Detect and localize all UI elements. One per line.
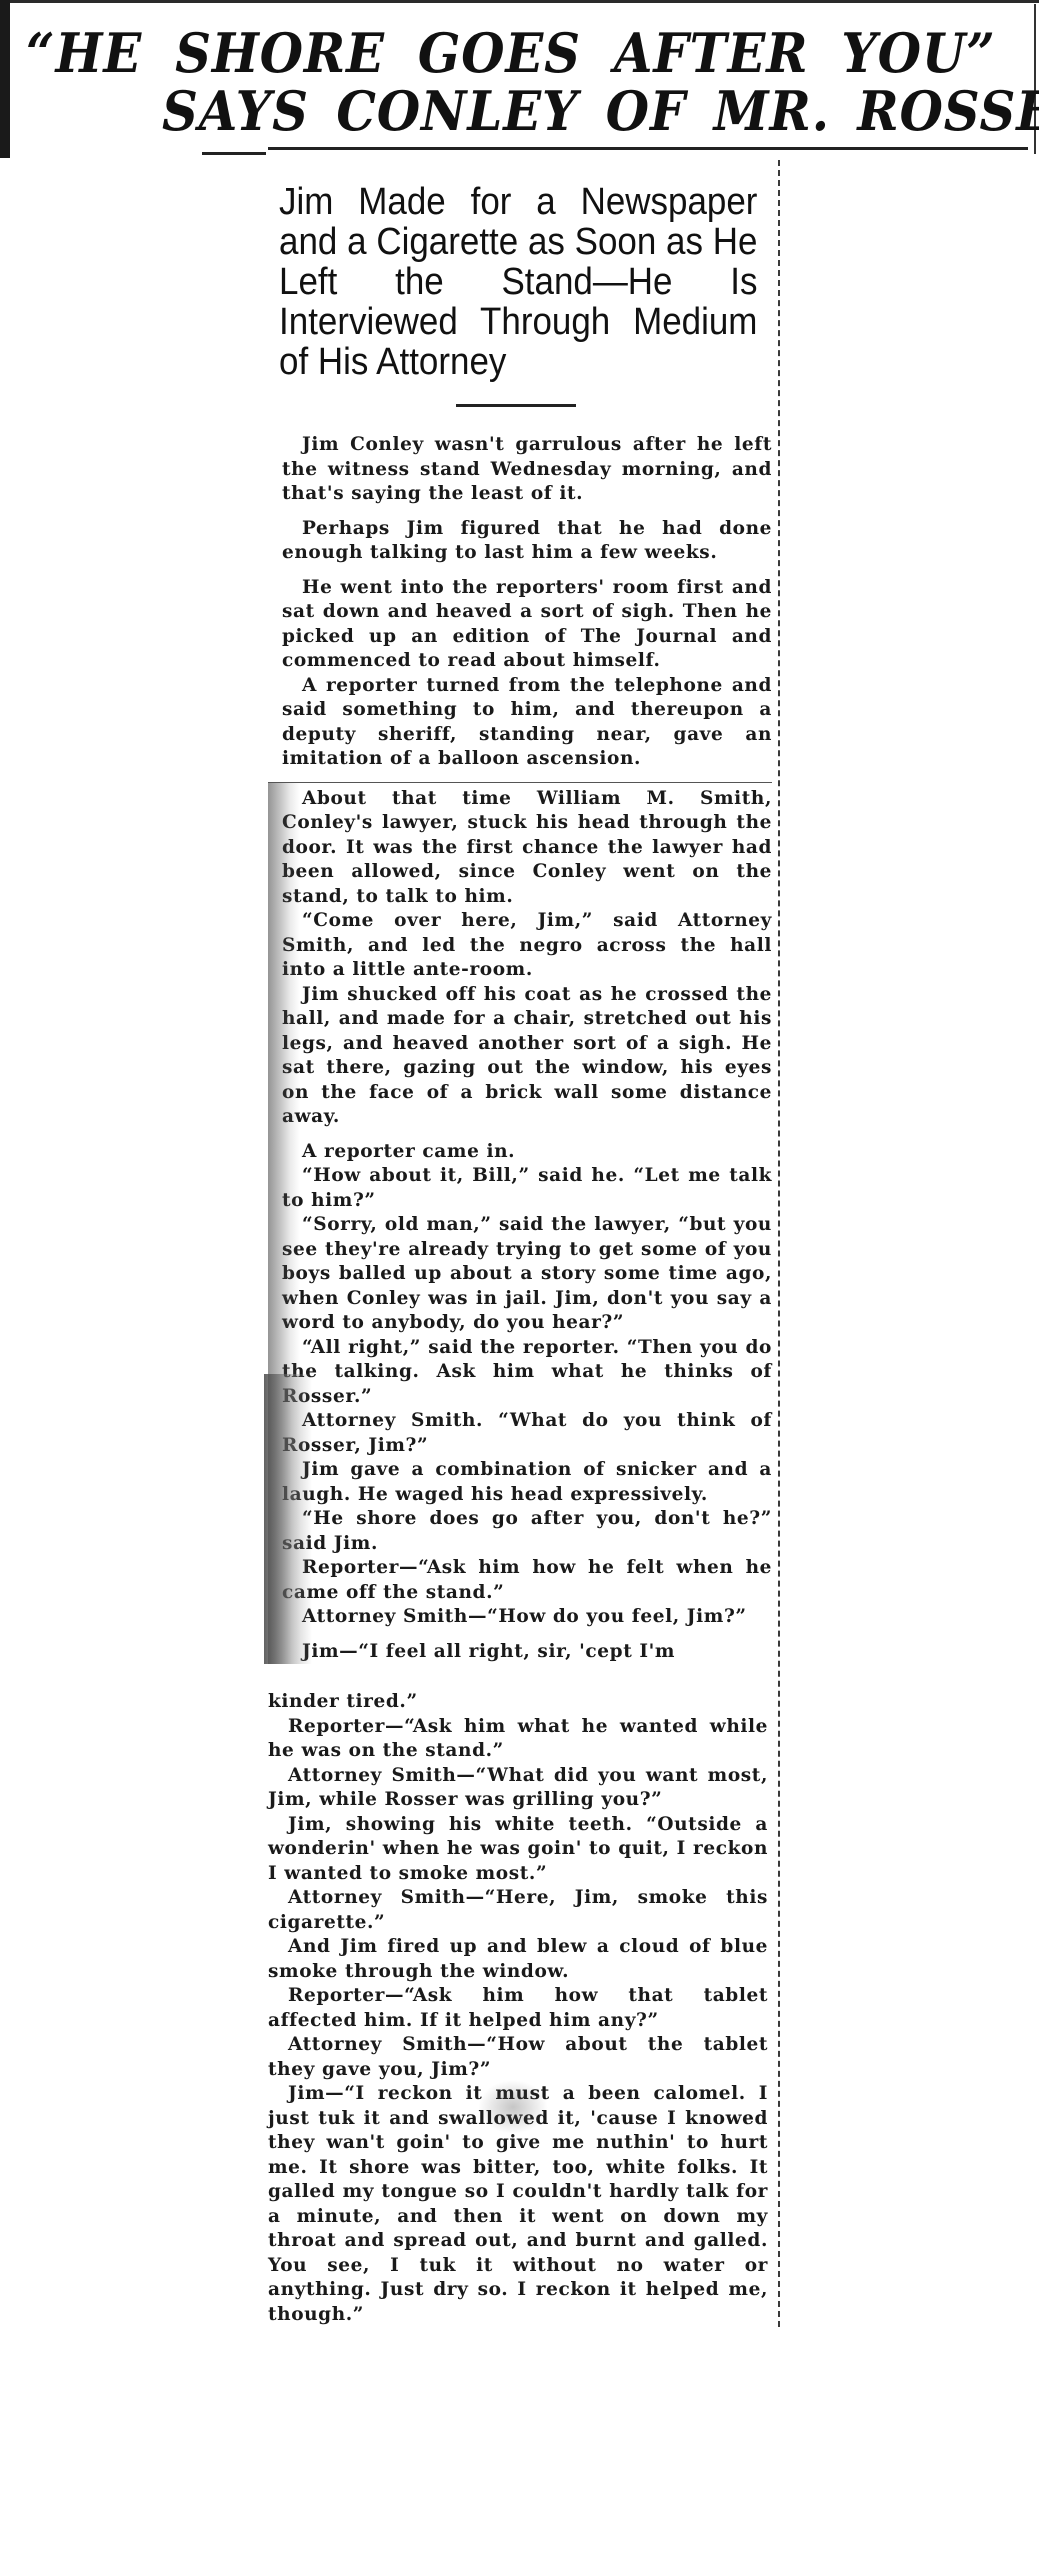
paragraph: Attorney Smith—“Here, Jim, smoke this ci…: [268, 1886, 768, 1935]
headline-rule-short: [202, 152, 266, 155]
paragraph: A reporter came in.: [282, 1140, 772, 1165]
article-segment-2: About that time William M. Smith, Conley…: [268, 782, 772, 1665]
article-segment-1: Jim Conley wasn't garrulous after he lef…: [268, 433, 772, 772]
headline-banner: “HE SHORE GOES AFTER YOU” SAYS CONLEY OF…: [0, 0, 1039, 158]
paragraph: About that time William M. Smith, Conley…: [282, 787, 772, 910]
article-column: Jim Made for a Newspaper and a Cigarette…: [268, 160, 768, 2327]
paragraph: “He shore does go after you, don't he?” …: [282, 1507, 772, 1556]
paragraph: Perhaps Jim figured that he had done eno…: [282, 517, 772, 566]
column-rule: [777, 160, 780, 2327]
paragraph: “Sorry, old man,” said the lawyer, “but …: [282, 1213, 772, 1336]
paragraph: Jim—“I feel all right, sir, 'cept I'm: [282, 1640, 772, 1665]
paragraph: Reporter—“Ask him how he felt when he ca…: [282, 1556, 772, 1605]
paragraph: He went into the reporters' room first a…: [282, 576, 772, 674]
paragraph: Reporter—“Ask him what he wanted while h…: [268, 1715, 768, 1764]
headline-line-2: SAYS CONLEY OF MR. ROSSER: [162, 84, 1039, 138]
paragraph: A reporter turned from the telephone and…: [282, 674, 772, 772]
deck-rule: [456, 404, 576, 407]
paragraph: Jim gave a combination of snicker and a …: [282, 1458, 772, 1507]
paragraph: “All right,” said the reporter. “Then yo…: [282, 1336, 772, 1410]
paragraph: “How about it, Bill,” said he. “Let me t…: [282, 1164, 772, 1213]
paragraph: And Jim fired up and blew a cloud of blu…: [268, 1935, 768, 1984]
paragraph: Jim—“I reckon it must a been calomel. I …: [268, 2082, 768, 2327]
top-rule: [0, 0, 1039, 3]
paragraph: Reporter—“Ask him how that tablet affect…: [268, 1984, 768, 2033]
paragraph: Attorney Smith. “What do you think of Ro…: [282, 1409, 772, 1458]
headline-line-1: “HE SHORE GOES AFTER YOU”: [26, 26, 996, 80]
paragraph: Attorney Smith—“What did you want most, …: [268, 1764, 768, 1813]
paragraph: Attorney Smith—“How do you feel, Jim?”: [282, 1605, 772, 1630]
article-segment-3: kinder tired.” Reporter—“Ask him what he…: [268, 1690, 768, 2327]
paragraph: Jim Conley wasn't garrulous after he lef…: [282, 433, 772, 507]
left-border-bar: [0, 0, 10, 158]
deck-subheadline: Jim Made for a Newspaper and a Cigarette…: [268, 160, 765, 382]
paragraph: “Come over here, Jim,” said Attorney Smi…: [282, 909, 772, 983]
paragraph: Attorney Smith—“How about the tablet the…: [268, 2033, 768, 2082]
paragraph-continuation: kinder tired.”: [268, 1690, 768, 1715]
paragraph: Jim, showing his white teeth. “Outside a…: [268, 1813, 768, 1887]
headline-rule-long: [268, 147, 1028, 150]
paragraph: Jim shucked off his coat as he crossed t…: [282, 983, 772, 1130]
